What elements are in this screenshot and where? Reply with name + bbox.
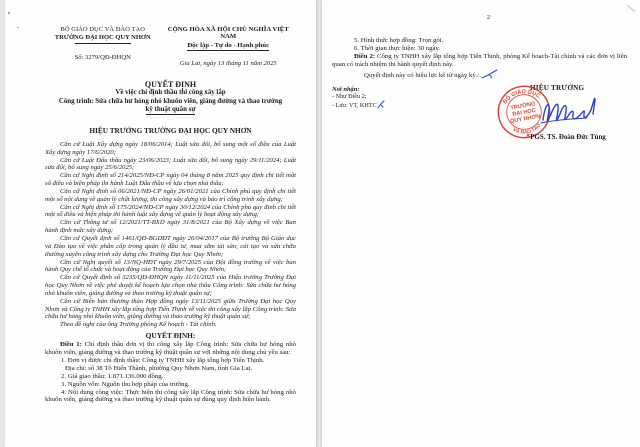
decision-heading: QUYẾT ĐỊNH: bbox=[45, 331, 296, 340]
page2-body: 5. Hình thức hợp đồng: Trọn gói. 6. Thời… bbox=[332, 37, 627, 80]
recital-3: Căn cứ Nghị định số 214/2025/NĐ-CP ngày … bbox=[45, 172, 296, 188]
effective-clause: Quyết định này có hiệu lực kể từ ngày ký… bbox=[332, 69, 627, 80]
article-2: Điều 2: Công ty TNHH xây lắp tổng hợp Ti… bbox=[332, 53, 627, 69]
recipients-block: Nơi nhận: - Như Điều 2; - Lưu: VT, KHTC bbox=[332, 86, 386, 110]
place-and-date: Gia Lai, ngày 13 tháng 11 năm 2025 bbox=[160, 60, 296, 67]
recipient-2: - Lưu: VT, KHTC bbox=[332, 100, 386, 109]
scan-speck bbox=[17, 27, 19, 28]
pen-check-icon bbox=[377, 100, 386, 109]
pen-mark-icon bbox=[481, 69, 499, 79]
recitals: Căn cứ Luật Xây dựng ngày 18/06/2014; Lu… bbox=[45, 141, 296, 329]
document-title: QUYẾT ĐỊNH bbox=[45, 81, 296, 90]
recital-4: Căn cứ Nghị định số 06/2021/NĐ-CP ngày 2… bbox=[45, 188, 296, 204]
article-1-text: Chỉ định thầu đơn vị thi công xây lắp Cô… bbox=[45, 341, 296, 356]
article-1-item-5: 5. Hình thức hợp đồng: Trọn gói. bbox=[332, 37, 627, 45]
issuer-block: BỘ GIÁO DỤC VÀ ĐÀO TẠO TRƯỜNG ĐẠI HỌC QU… bbox=[45, 26, 160, 67]
national-motto: Độc lập - Tự do - Hạnh phúc bbox=[160, 42, 296, 49]
recipients-label: Nơi nhận: bbox=[332, 86, 386, 93]
document-subtitle-2: Công trình: Sửa chữa hư hỏng nhỏ khuôn v… bbox=[45, 98, 296, 107]
issuer-parent-org: BỘ GIÁO DỤC VÀ ĐÀO TẠO bbox=[45, 26, 160, 33]
recital-7: Căn cứ Quyết định số 1461/QĐ-BGDĐT ngày … bbox=[45, 235, 296, 259]
recital-2: Căn cứ Luật Đấu thầu ngày 23/06/2023; Lu… bbox=[45, 157, 296, 173]
page-number: 2 bbox=[332, 14, 627, 21]
article-1-item-2: 2. Giá giao thầu: 1.871.136.000 đồng. bbox=[45, 373, 296, 381]
issuer-org: TRƯỜNG ĐẠI HỌC QUY NHƠN bbox=[45, 34, 160, 41]
article-1-item-6: 6. Thời gian thực hiện: 30 ngày. bbox=[332, 45, 627, 53]
article-1-item-3: 3. Nguồn vốn: Nguồn thu hợp pháp của trư… bbox=[45, 381, 296, 389]
recital-5: Căn cứ Nghị định số 175/2024/NĐ-CP ngày … bbox=[45, 204, 296, 220]
document-scan: BỘ GIÁO DỤC VÀ ĐÀO TẠO TRƯỜNG ĐẠI HỌC QU… bbox=[0, 0, 640, 447]
article-2-text: Công ty TNHH xây lắp tổng hợp Tiến Thịnh… bbox=[332, 53, 627, 68]
national-header-block: CỘNG HÒA XÃ HỘI CHỦ NGHĨA VIỆT NAM Độc l… bbox=[160, 26, 296, 67]
document-subtitle-1: Về việc chỉ định thầu thi công xây lắp bbox=[45, 89, 296, 98]
article-1-item-1-address: Địa chỉ: số 38 Tô Hiến Thành, phường Quy… bbox=[45, 365, 296, 373]
article-1-label: Điều 1: bbox=[60, 341, 82, 348]
recital-8: Căn cứ Nghị quyết số 13/NQ-HĐT ngày 29/7… bbox=[45, 259, 296, 275]
national-title: CỘNG HÒA XÃ HỘI CHỦ NGHĨA VIỆT NAM bbox=[160, 26, 296, 40]
signer-name: PGS. TS. Đoàn Đức Tùng bbox=[508, 134, 628, 141]
article-1: Điều 1: Chỉ định thầu đơn vị thi công xâ… bbox=[45, 341, 296, 357]
recital-1: Căn cứ Luật Xây dựng ngày 18/06/2014; Lu… bbox=[45, 141, 296, 157]
recital-9: Căn cứ Quyết định số 3235/QĐ-ĐHQN ngày 1… bbox=[45, 274, 296, 298]
issuer-underline bbox=[75, 43, 131, 44]
recital-proposal: Theo đề nghị của ông Trưởng phòng Kế hoạ… bbox=[45, 321, 296, 329]
recital-6: Căn cứ Thông tư số 12/2021/TT-BXD ngày 3… bbox=[45, 219, 296, 235]
article-2-label: Điều 2: bbox=[354, 53, 375, 60]
scan-speck bbox=[8, 12, 10, 14]
recital-10: Căn cứ Biên bản thương thảo Hợp đồng ngà… bbox=[45, 298, 296, 322]
article-1-item-4: 4. Nội dung công việc: Thực hiện thi côn… bbox=[45, 389, 296, 405]
document-number: Số: 3279/QĐ-ĐHQN bbox=[45, 54, 160, 61]
article-1-item-1: 1. Đơn vị được chỉ định thầu: Công ty TN… bbox=[45, 357, 296, 365]
document-subtitle-3: kỹ thuật quân sự bbox=[45, 106, 296, 115]
issuing-authority: HIỆU TRƯỞNG TRƯỜNG ĐẠI HỌC QUY NHƠN bbox=[45, 126, 296, 135]
document-header: BỘ GIÁO DỤC VÀ ĐÀO TẠO TRƯỜNG ĐẠI HỌC QU… bbox=[45, 26, 296, 67]
title-block: QUYẾT ĐỊNH Về việc chỉ định thầu thi côn… bbox=[45, 81, 296, 115]
page-2: 2 5. Hình thức hợp đồng: Trọn gói. 6. Th… bbox=[322, 0, 640, 447]
page-1: BỘ GIÁO DỤC VÀ ĐÀO TẠO TRƯỜNG ĐẠI HỌC QU… bbox=[5, 0, 316, 447]
handwritten-signature bbox=[537, 90, 607, 136]
recipient-1: - Như Điều 2; bbox=[332, 93, 386, 100]
